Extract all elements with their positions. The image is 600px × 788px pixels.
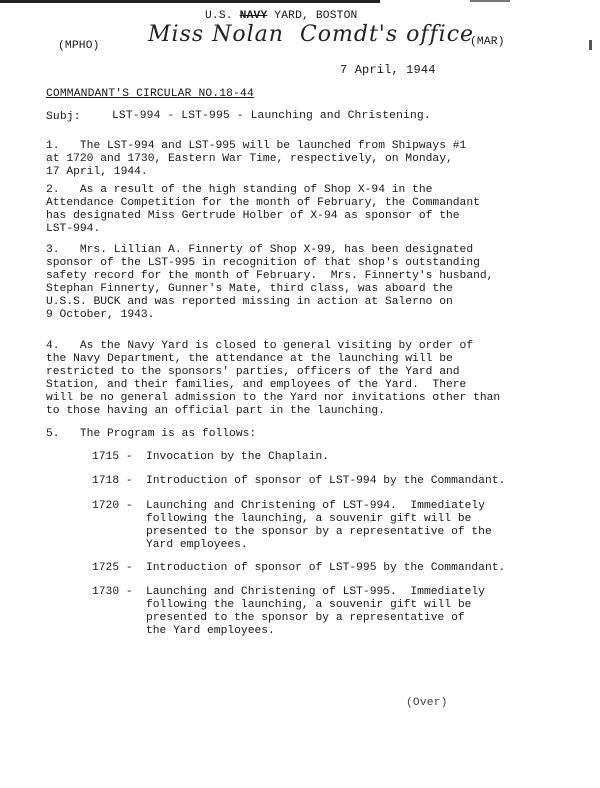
paragraph-text: Mrs. Lillian A. Finnerty of Shop X-99, h… — [46, 244, 493, 321]
paragraph-5: 5. The Program is as follows: — [46, 428, 566, 441]
paragraph-3: 3. Mrs. Lillian A. Finnerty of Shop X-99… — [46, 244, 566, 322]
paragraph-number: 4. — [46, 340, 60, 352]
paragraph-number: 2. — [46, 184, 60, 196]
paragraph-2: 2. As a result of the high standing of S… — [46, 184, 566, 236]
subject-text: LST-994 - LST-995 - Launching and Christ… — [112, 110, 431, 123]
letterhead-suffix: YARD, BOSTON — [267, 10, 357, 22]
program-time: 1718 - — [92, 475, 144, 488]
program-time: 1715 - — [92, 451, 144, 464]
program-text: Introduction of sponsor of LST-995 by th… — [146, 562, 586, 575]
scan-edge-mark — [0, 0, 380, 3]
program-time: 1730 - — [92, 586, 144, 599]
paragraph-text: As the Navy Yard is closed to general vi… — [46, 340, 500, 417]
paragraph-text: As a result of the high standing of Shop… — [46, 184, 480, 235]
paragraph-text: The LST-994 and LST-995 will be launched… — [46, 140, 466, 178]
subject-label: Subj: — [46, 111, 81, 124]
over-note: (Over) — [406, 697, 448, 710]
program-text: Launching and Christening of LST-995. Im… — [146, 586, 586, 638]
paragraph-number: 3. — [46, 244, 60, 256]
program-text: Introduction of sponsor of LST-994 by th… — [146, 475, 586, 488]
paragraph-number: 1. — [46, 140, 60, 152]
program-time: 1725 - — [92, 562, 144, 575]
handwritten-note: Miss Nolan Comdt's office — [148, 22, 474, 47]
document-date: 7 April, 1944 — [340, 64, 436, 77]
scan-edge-mark — [470, 0, 510, 2]
paragraph-number: 5. — [46, 428, 60, 440]
program-time: 1720 - — [92, 500, 144, 513]
program-text: Launching and Christening of LST-994. Im… — [146, 500, 586, 552]
program-text: Invocation by the Chaplain. — [146, 451, 586, 464]
paragraph-text: The Program is as follows: — [80, 428, 256, 440]
right-routing-code: (MAR) — [470, 36, 505, 49]
left-routing-code: (MPHO) — [58, 40, 100, 53]
circular-title: COMMANDANT'S CIRCULAR NO.18-44 — [46, 88, 254, 101]
letterhead-struck-word: NAVY — [240, 10, 268, 22]
paragraph-1: 1. The LST-994 and LST-995 will be launc… — [46, 140, 566, 179]
scan-speck — [589, 40, 592, 50]
paragraph-4: 4. As the Navy Yard is closed to general… — [46, 340, 566, 418]
letterhead-prefix: U.S. — [205, 10, 240, 22]
